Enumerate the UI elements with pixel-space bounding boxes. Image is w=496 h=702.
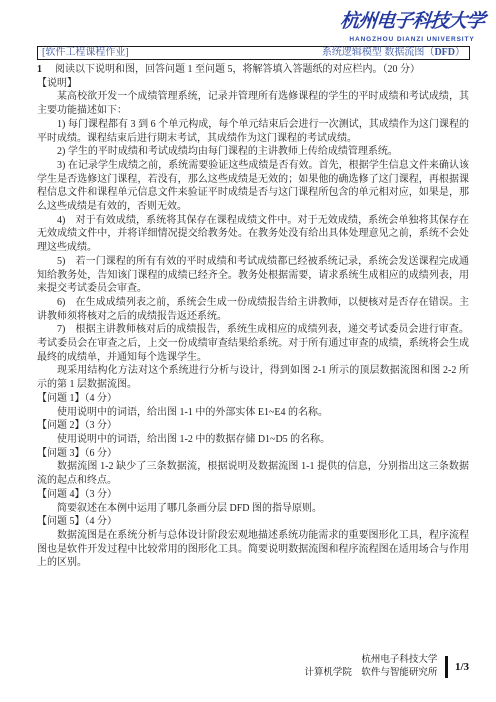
body-paragraph: 使用说明中的词语，给出图 1-1 中的外部实体 E1~E4 的名称。 (37, 406, 469, 420)
body-paragraph: 【问题 2】（3 分） (37, 419, 469, 433)
body-paragraph: 1) 每门课程都有 3 到 6 个单元构成，每个单元结束后会进行一次测试，其成绩… (37, 118, 469, 145)
header-band: [软件工程课程作业] 系统逻辑模型 数据流图（DFD） (37, 46, 470, 60)
university-logo-chinese: 杭州电子科技大学 (335, 9, 490, 35)
body-paragraph: 使用说明中的词语，给出图 1-2 中的数据存储 D1~D5 的名称。 (37, 433, 469, 447)
question-number: 1 (37, 64, 42, 75)
body-text: 1阅读以下说明和图，回答问题 1 至问题 5，将解答填入答题纸的对应栏内。（20… (37, 63, 469, 570)
body-paragraph: 7) 根据主讲教师核对后的成绩报告，系统生成相应的成绩列表，递交考试委员会进行审… (37, 323, 469, 364)
body-paragraph: 简要叙述在本例中运用了哪几条画分层 DFD 图的指导原则。 (37, 502, 469, 516)
body-paragraph: 3) 在记录学生成绩之前，系统需要验证这些成绩是否有效。首先，根据学生信息文件来… (37, 159, 469, 214)
question-stem: 1阅读以下说明和图，回答问题 1 至问题 5，将解答填入答题纸的对应栏内。（20… (37, 63, 469, 77)
body-paragraph: 【问题 5】（4 分） (37, 515, 469, 529)
document-title-acronym: DFD (434, 47, 455, 58)
document-page: 杭州电子科技大学 HANGZHOU DIANZI UNIVERSITY [软件工… (0, 0, 496, 702)
footer-address: 杭州电子科技大学 计算机学院 软件与智能研究所 (304, 654, 437, 680)
footer-department: 计算机学院 软件与智能研究所 (304, 667, 437, 680)
document-title: 系统逻辑模型 数据流图（DFD） (322, 47, 465, 59)
body-paragraph: 【问题 3】（6 分） (37, 447, 469, 461)
footer-divider (445, 656, 448, 678)
body-paragraph: 某高校欲开发一个成绩管理系统，记录并管理所有选修课程的学生的平时成绩和考试成绩，… (37, 90, 469, 117)
body-paragraph: 数据流图是在系统分析与总体设计阶段宏观地描述系统功能需求的重要图形化工具，程序流… (37, 529, 469, 570)
body-paragraph: 2) 学生的平时成绩和考试成绩均由每门课程的主讲教师上传给成绩管理系统。 (37, 145, 469, 159)
body-paragraph: 4) 对于有效成绩，系统将其保存在课程成绩文件中。对于无效成绩，系统会单独将其保… (37, 214, 469, 255)
footer-university: 杭州电子科技大学 (304, 654, 437, 667)
body-paragraph: 【问题 4】（3 分） (37, 488, 469, 502)
body-paragraph: 【说明】 (37, 77, 469, 91)
document-title-prefix: 系统逻辑模型 数据流图（ (322, 47, 435, 58)
body-paragraph: 6) 在生成成绩列表之前，系统会生成一份成绩报告给主讲教师，以便核对是否存在错误… (37, 296, 469, 323)
page-number: 1/3 (455, 661, 469, 673)
university-logo-english: HANGZHOU DIANZI UNIVERSITY (336, 36, 488, 43)
body-paragraph: 现采用结构化方法对这个系统进行分析与设计，得到如图 2-1 所示的顶层数据流图和… (37, 364, 469, 391)
body-paragraph: 数据流图 1-2 缺少了三条数据流，根据说明及数据流图 1-1 提供的信息，分别… (37, 460, 469, 487)
document-title-suffix: ） (455, 47, 465, 58)
course-tag: [软件工程课程作业] (42, 47, 129, 59)
body-paragraph: 5) 若一门课程的所有有效的平时成绩和考试成绩都已经被系统记录，系统会发送课程完… (37, 255, 469, 296)
question-stem-text: 阅读以下说明和图，回答问题 1 至问题 5，将解答填入答题纸的对应栏内。（20 … (55, 64, 420, 75)
university-logo: 杭州电子科技大学 HANGZHOU DIANZI UNIVERSITY (336, 9, 488, 43)
page-footer: 杭州电子科技大学 计算机学院 软件与智能研究所 1/3 (304, 654, 469, 680)
body-paragraph: 【问题 1】（4 分） (37, 392, 469, 406)
